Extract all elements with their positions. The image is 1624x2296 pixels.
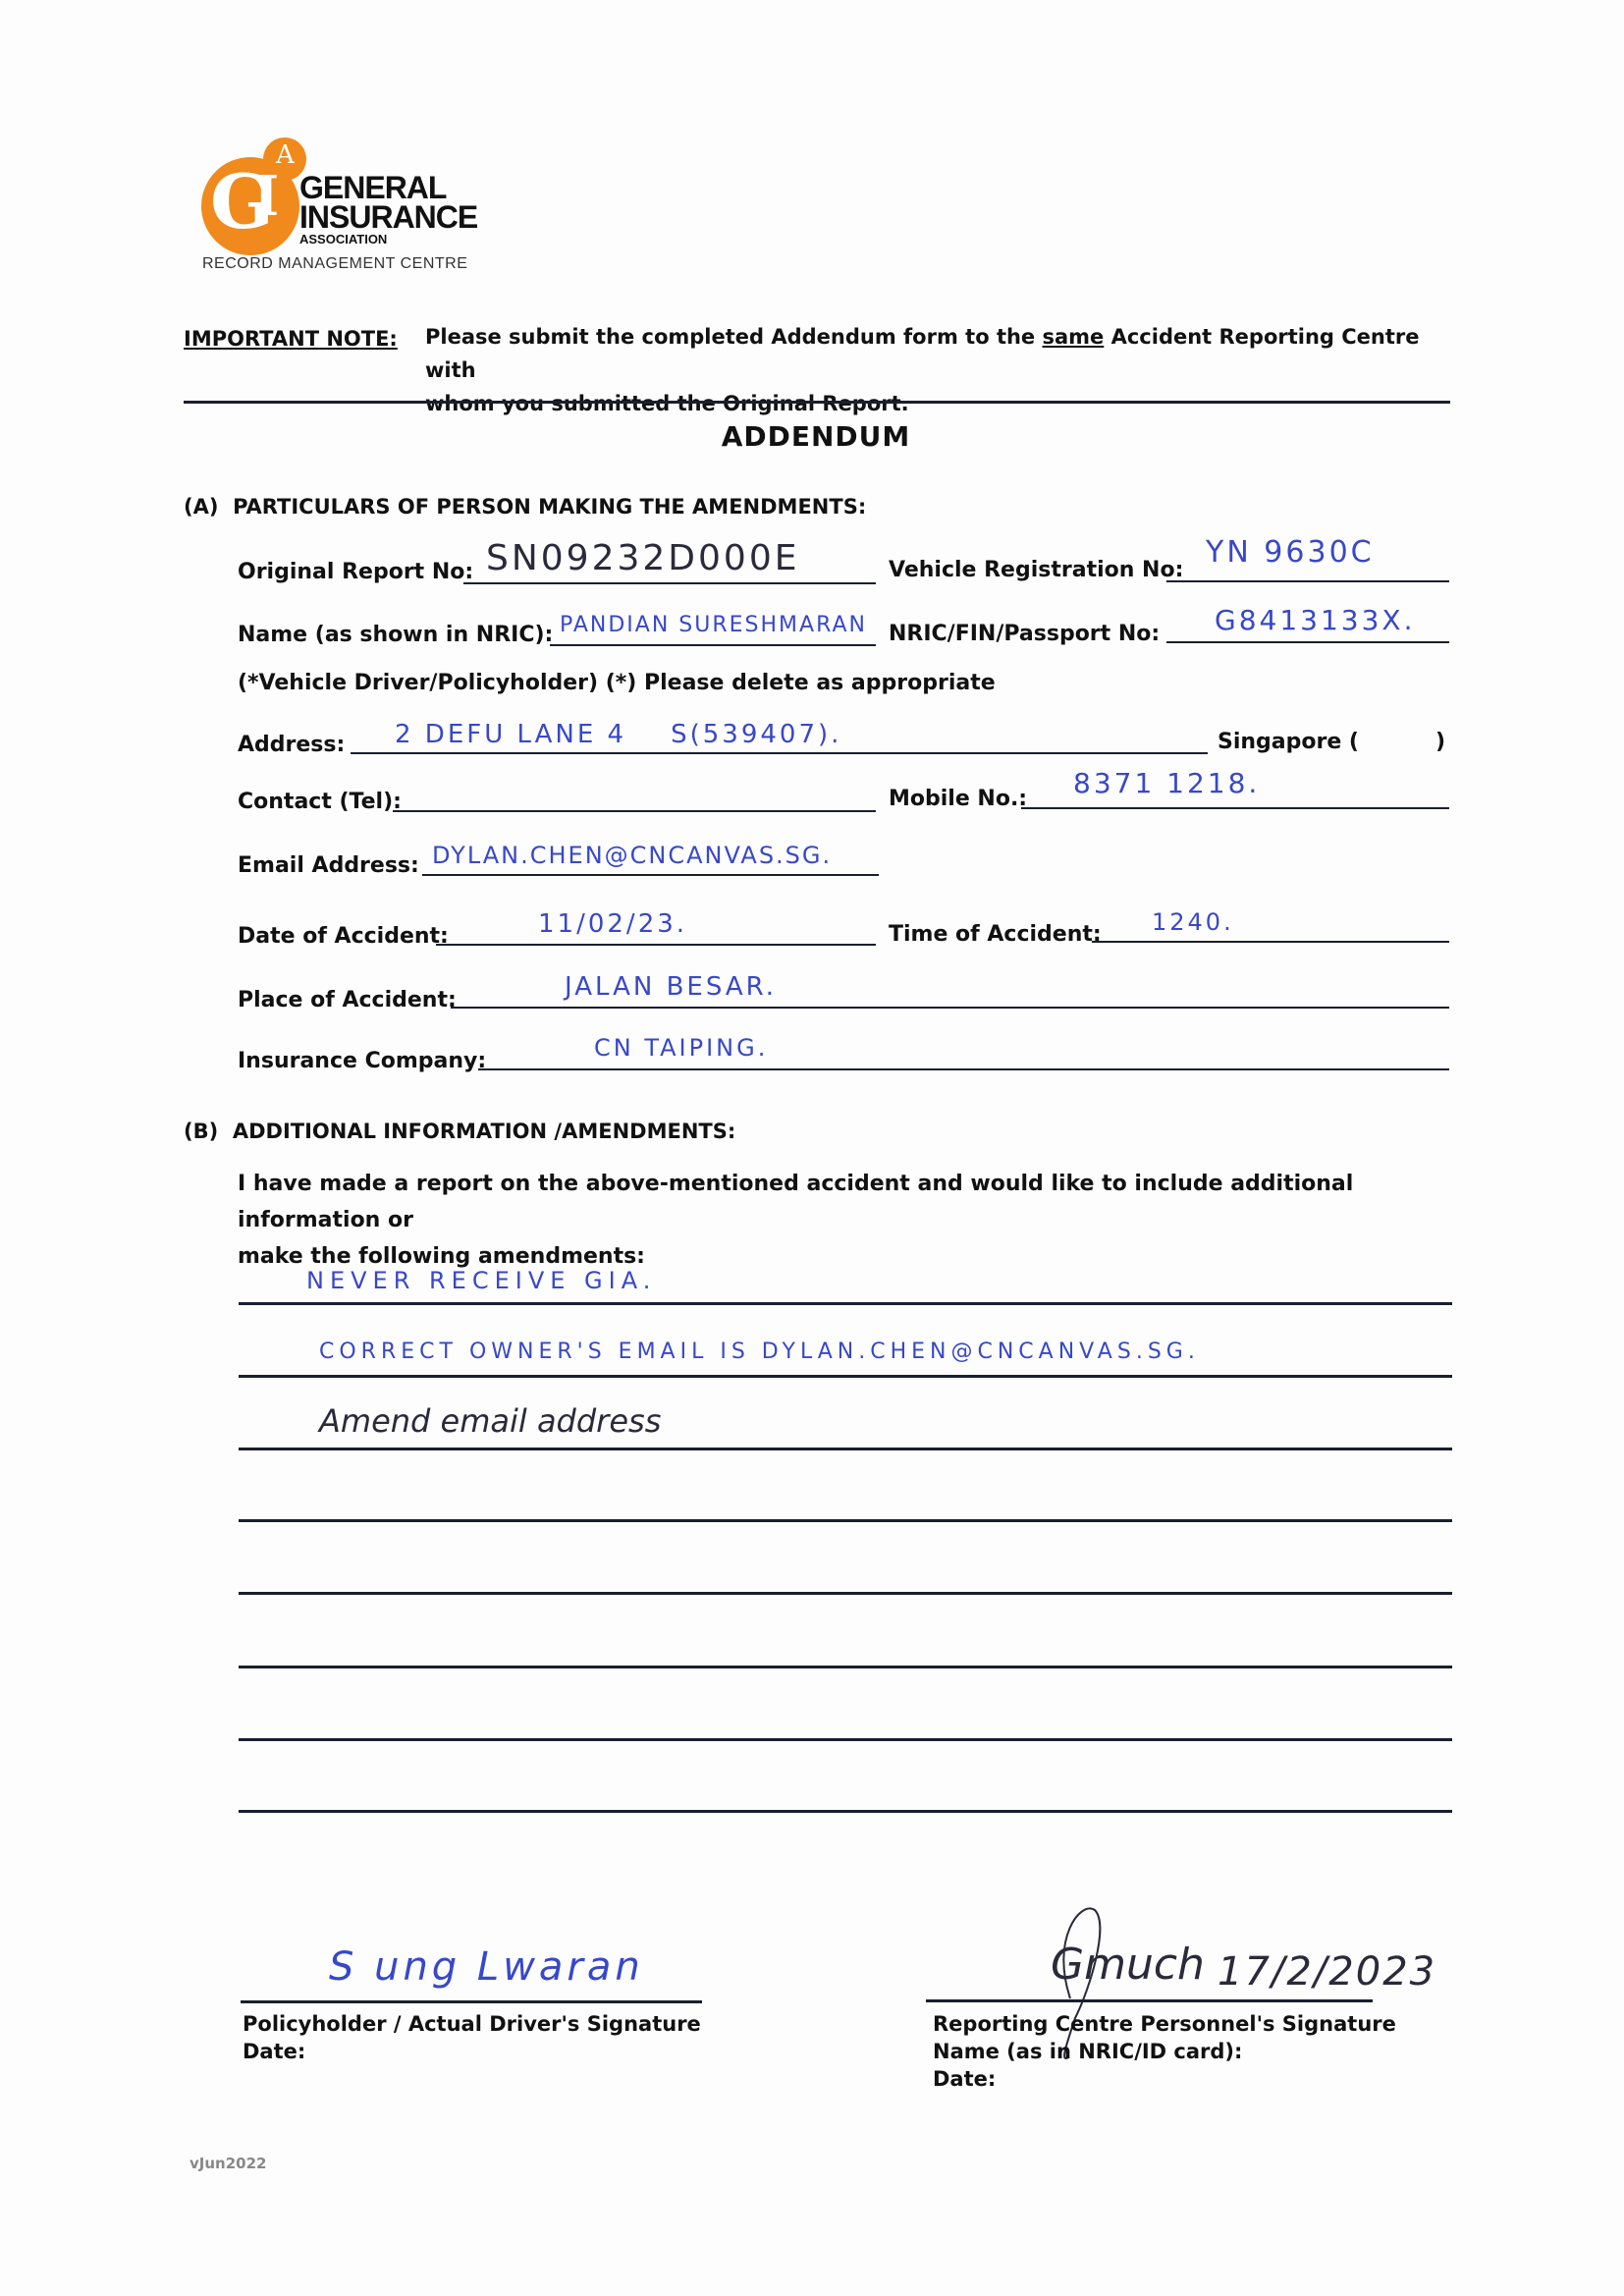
name-label: Name (as shown in NRIC):: [238, 623, 553, 647]
policyholder-date-label: Date:: [243, 2038, 701, 2065]
amendment-line-4: [239, 1519, 1452, 1522]
insurance-company-line: [478, 1068, 1449, 1070]
place-of-accident-line: [451, 1007, 1449, 1009]
paragraph-line-1: I have made a report on the above-mentio…: [238, 1166, 1465, 1238]
address-field[interactable]: 2 DEFU LANE 4 S(539407).: [395, 720, 841, 749]
nric-field[interactable]: G8413133X.: [1215, 604, 1415, 636]
mobile-label: Mobile No.:: [889, 787, 1027, 811]
amendment-line-1-text[interactable]: NEVER RECEIVE GIA.: [306, 1267, 656, 1294]
amendment-line-8: [239, 1810, 1452, 1813]
time-of-accident-label: Time of Accident:: [889, 922, 1102, 947]
reporting-centre-signature-line: [926, 1999, 1373, 2002]
reporting-centre-name-label: Name (as in NRIC/ID card):: [933, 2038, 1396, 2065]
address-line: [351, 752, 1208, 754]
reporting-centre-signature-block: Reporting Centre Personnel's Signature N…: [933, 2010, 1396, 2093]
logo-initial-i: I: [253, 169, 279, 224]
driver-policyholder-note: (*Vehicle Driver/Policyholder) (*) Pleas…: [238, 671, 996, 695]
section-a-heading: (A) PARTICULARS OF PERSON MAKING THE AME…: [184, 495, 866, 519]
vehicle-reg-line: [1166, 580, 1449, 582]
insurance-company-field[interactable]: CN TAIPING.: [594, 1034, 768, 1062]
mobile-field[interactable]: 8371 1218.: [1073, 767, 1260, 799]
original-report-label: Original Report No:: [238, 560, 473, 584]
email-line: [422, 874, 879, 876]
singapore-postal-label: Singapore (): [1218, 730, 1445, 754]
reporting-centre-date-label: Date:: [933, 2065, 1396, 2093]
contact-tel-line: [393, 810, 876, 812]
logo-line-general: GENERAL: [299, 173, 477, 202]
page-title: ADDENDUM: [0, 420, 1624, 453]
amendment-line-2-text[interactable]: CORRECT OWNER'S EMAIL IS DYLAN.CHEN@CNCA…: [319, 1339, 1200, 1364]
logo-initial-a: A: [276, 142, 295, 168]
address-label: Address:: [238, 733, 345, 757]
policyholder-signature-label: Policyholder / Actual Driver's Signature: [243, 2010, 701, 2038]
time-of-accident-line: [1092, 941, 1449, 943]
email-field[interactable]: DYLAN.CHEN@CNCANVAS.SG.: [432, 842, 832, 869]
note-emphasis: same: [1042, 325, 1104, 349]
place-of-accident-field[interactable]: JALAN BESAR.: [565, 972, 777, 1002]
original-report-field[interactable]: SN09232D000E: [486, 538, 799, 578]
amendment-line-6: [239, 1666, 1452, 1668]
amendment-line-7: [239, 1738, 1452, 1741]
vehicle-reg-label: Vehicle Registration No:: [889, 558, 1183, 582]
section-b-heading: (B) ADDITIONAL INFORMATION /AMENDMENTS:: [184, 1120, 735, 1143]
form-version: vJun2022: [189, 2155, 266, 2172]
original-report-line: [463, 582, 876, 584]
name-line: [550, 644, 876, 646]
reporting-centre-signed-date[interactable]: 17/2/2023: [1218, 1949, 1436, 1995]
amendment-line-5: [239, 1592, 1452, 1595]
section-b-paragraph: I have made a report on the above-mentio…: [238, 1166, 1465, 1275]
amendment-line-2: [239, 1375, 1452, 1378]
policyholder-signature-line: [241, 2000, 702, 2003]
logo-line-insurance: INSURANCE: [299, 202, 477, 232]
singapore-close-paren: ): [1435, 730, 1445, 754]
amendment-line-3: [239, 1448, 1452, 1450]
policyholder-signature[interactable]: S ung Lwaran: [329, 1944, 644, 1990]
note-text-line2: whom you submitted the Original Report.: [425, 392, 909, 415]
amendment-line-1: [239, 1302, 1452, 1305]
contact-tel-label: Contact (Tel):: [238, 790, 402, 814]
place-of-accident-label: Place of Accident:: [238, 988, 457, 1012]
important-note-text: Please submit the completed Addendum for…: [425, 320, 1466, 420]
logo-wordmark: GENERAL INSURANCE: [299, 173, 477, 232]
policyholder-signature-block: Policyholder / Actual Driver's Signature…: [243, 2010, 701, 2065]
email-label: Email Address:: [238, 853, 419, 878]
nric-line: [1166, 641, 1449, 643]
date-of-accident-line: [436, 944, 876, 946]
time-of-accident-field[interactable]: 1240.: [1152, 908, 1234, 936]
date-of-accident-label: Date of Accident:: [238, 924, 449, 949]
header-divider: [184, 401, 1450, 404]
reporting-centre-signature-label: Reporting Centre Personnel's Signature: [933, 2010, 1396, 2038]
important-note-label: IMPORTANT NOTE:: [184, 327, 398, 351]
insurance-company-label: Insurance Company:: [238, 1049, 486, 1073]
logo-subtitle: RECORD MANAGEMENT CENTRE: [202, 255, 467, 273]
nric-label: NRIC/FIN/Passport No:: [889, 622, 1160, 646]
note-text-part: Please submit the completed Addendum for…: [425, 325, 1042, 349]
date-of-accident-field[interactable]: 11/02/23.: [538, 909, 687, 939]
mobile-line: [1021, 807, 1449, 809]
singapore-label: Singapore (: [1218, 730, 1359, 754]
amendment-line-3-text[interactable]: Amend email address: [319, 1402, 661, 1440]
vehicle-reg-field[interactable]: YN 9630C: [1206, 535, 1375, 570]
logo-line-association: ASSOCIATION: [299, 232, 387, 246]
name-field[interactable]: PANDIAN SURESHMARAN: [560, 613, 867, 637]
